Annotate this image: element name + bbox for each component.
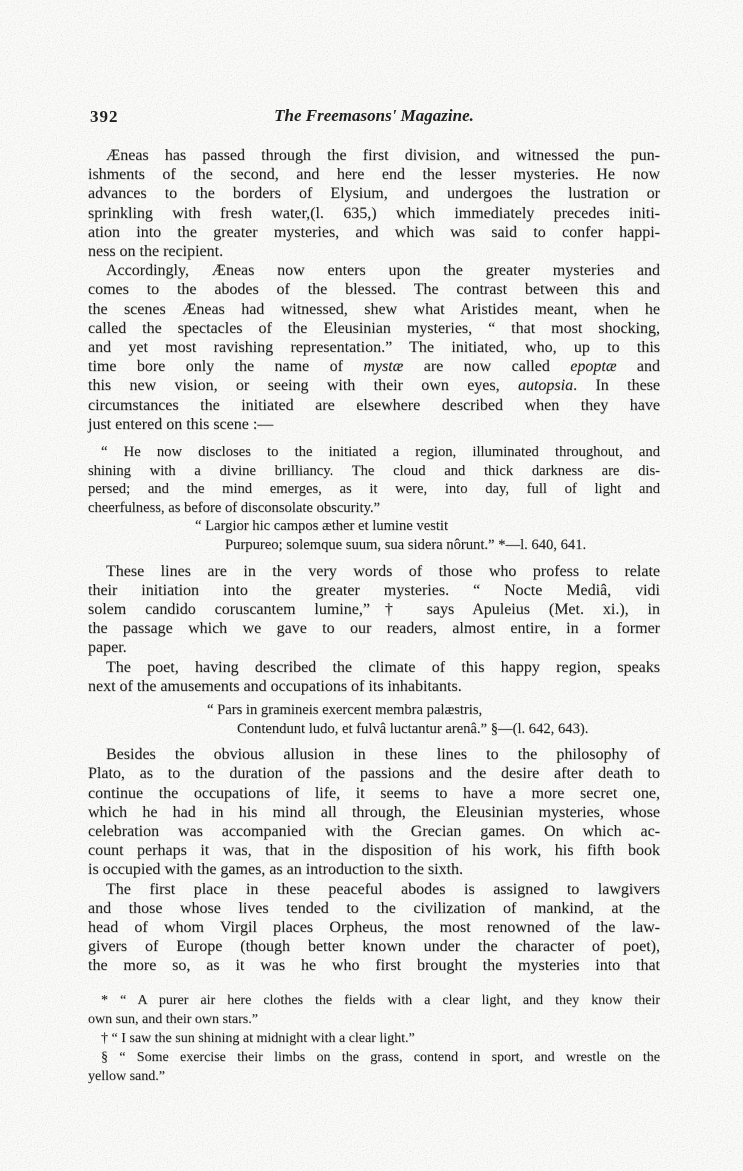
text-line: Purpureo; solemque suum, sua sidera nôru… (88, 536, 660, 555)
text-line: which he had in his mind all through, th… (88, 803, 660, 822)
text-line: The first place in these peaceful abodes… (88, 880, 660, 899)
text-run: § “ Some exercise their limbs on the gra… (101, 1050, 660, 1065)
text-run: and (616, 358, 660, 375)
text-line: ation into the greater mysteries, and wh… (88, 223, 660, 242)
text-line: ishments of the second, and here end the… (88, 165, 660, 184)
text-line: These lines are in the very words of tho… (88, 562, 660, 581)
paragraph: The poet, having described the climate o… (88, 658, 660, 696)
text-line: cheerfulness, as before of disconsolate … (88, 499, 660, 518)
text-line: head of whom Virgil places Orpheus, the … (88, 918, 660, 937)
text-run: paper. (88, 639, 127, 656)
footnote-block: * “ A purer air here clothes the fields … (88, 991, 660, 1029)
verse-block: “ Pars in gramineis exercent membra palæ… (88, 701, 660, 738)
text-line: time bore only the name of mystæ are now… (88, 357, 660, 376)
text-run: time bore only the name of (88, 358, 363, 375)
text-line: sprinkling with fresh water,(l. 635,) wh… (88, 204, 660, 223)
text-line: “ Largior hic campos æther et lumine ves… (88, 517, 660, 536)
text-run: are now called (403, 358, 570, 375)
page-number: 392 (90, 107, 119, 127)
text-line: called the spectacles of the Eleusinian … (88, 319, 660, 338)
text-run: shining with a divine brilliancy. The cl… (88, 463, 660, 479)
text-line: advances to the borders of Elysium, and … (88, 184, 660, 203)
text-run: * “ A purer air here clothes the fields … (101, 993, 660, 1008)
text-line: persed; and the mind emerges, as it were… (88, 480, 660, 499)
text-run: the scenes Æneas had witnessed, shew wha… (88, 301, 660, 318)
text-run: this new vision, or seeing with their ow… (88, 377, 518, 394)
text-run: next of the amusements and occupations o… (88, 678, 462, 695)
text-line: yellow sand.” (88, 1067, 660, 1086)
verse-block: “ Largior hic campos æther et lumine ves… (88, 517, 660, 554)
text-run: “ Pars in gramineis exercent membra palæ… (207, 702, 482, 718)
paragraph: Æneas has passed through the first divis… (88, 146, 660, 261)
text-line: comes to the abodes of the blessed. The … (88, 280, 660, 299)
paragraph: These lines are in the very words of tho… (88, 562, 660, 658)
text-run: head of whom Virgil places Orpheus, the … (88, 919, 660, 936)
text-run: continue the occupations of life, it see… (88, 785, 660, 802)
text-run: called the spectacles of the Eleusinian … (88, 320, 660, 337)
text-line: this new vision, or seeing with their ow… (88, 376, 660, 395)
text-run: advances to the borders of Elysium, and … (88, 185, 660, 202)
italic-text-run: mystæ (363, 358, 403, 375)
text-line: the more so, as it was he who first brou… (88, 956, 660, 975)
text-line: paper. (88, 638, 660, 657)
text-run: own sun, and their own stars.” (88, 1012, 258, 1027)
text-run: yellow sand.” (88, 1069, 165, 1084)
text-run: ation into the greater mysteries, and wh… (88, 224, 660, 241)
text-run: sprinkling with fresh water,(l. 635,) wh… (88, 205, 660, 222)
text-run: cheerfulness, as before of disconsolate … (88, 500, 380, 516)
text-run: These lines are in the very words of tho… (106, 563, 660, 580)
footnote-block: § “ Some exercise their limbs on the gra… (88, 1048, 660, 1086)
text-line: count perhaps it was, that in the dispos… (88, 841, 660, 860)
page-body: Æneas has passed through the first divis… (88, 146, 660, 1087)
text-run: “ Largior hic campos æther et lumine ves… (195, 518, 448, 534)
text-line: The poet, having described the climate o… (88, 658, 660, 677)
page-header: 392 The Freemasons' Magazine. (88, 106, 660, 126)
text-line: “ He now discloses to the initiated a re… (88, 443, 660, 462)
text-run: celebration was accompanied with the Gre… (88, 823, 660, 840)
text-line: “ Pars in gramineis exercent membra palæ… (88, 701, 660, 720)
text-run: is occupied with the games, as an introd… (88, 861, 463, 878)
text-run: their initiation into the greater myster… (88, 582, 660, 599)
page-title: The Freemasons' Magazine. (88, 106, 660, 126)
text-line: givers of Europe (though better known un… (88, 937, 660, 956)
text-run: which he had in his mind all through, th… (88, 804, 660, 821)
text-run: ness on the recipient. (88, 243, 223, 260)
text-run: the passage which we gave to our readers… (88, 620, 660, 637)
text-run: ishments of the second, and here end the… (88, 166, 660, 183)
text-run: Besides the obvious allusion in these li… (106, 746, 660, 763)
text-run: just entered on this scene :— (88, 416, 273, 433)
paragraph: Accordingly, Æneas now enters upon the g… (88, 261, 660, 434)
text-run: Contendunt ludo, et fulvâ luctantur aren… (237, 721, 588, 737)
text-line: Accordingly, Æneas now enters upon the g… (88, 261, 660, 280)
text-line: * “ A purer air here clothes the fields … (88, 991, 660, 1010)
text-run: Plato, as to the duration of the passion… (88, 765, 660, 782)
italic-text-run: epoptæ (570, 358, 616, 375)
text-line: continue the occupations of life, it see… (88, 784, 660, 803)
text-line: solem candido coruscantem lumine,”† says… (88, 600, 660, 619)
text-run: persed; and the mind emerges, as it were… (88, 481, 660, 497)
text-line: shining with a divine brilliancy. The cl… (88, 462, 660, 481)
text-run: Æneas has passed through the first divis… (106, 147, 660, 164)
text-run: Accordingly, Æneas now enters upon the g… (106, 262, 660, 279)
text-run: circumstances the initiated are elsewher… (88, 397, 660, 414)
text-line: Contendunt ludo, et fulvâ luctantur aren… (88, 720, 660, 739)
text-run: † “ I saw the sun shining at midnight wi… (101, 1031, 415, 1046)
text-run: The first place in these peaceful abodes… (106, 881, 660, 898)
text-run: comes to the abodes of the blessed. The … (88, 281, 660, 298)
text-line: Æneas has passed through the first divis… (88, 146, 660, 165)
footnote-block: † “ I saw the sun shining at midnight wi… (88, 1029, 660, 1048)
text-run: and yet most ravishing representation.” … (88, 339, 660, 356)
text-line: next of the amusements and occupations o… (88, 677, 660, 696)
paragraph: The first place in these peaceful abodes… (88, 880, 660, 976)
text-run: givers of Europe (though better known un… (88, 938, 660, 955)
text-line: just entered on this scene :— (88, 415, 660, 434)
paragraph: Besides the obvious allusion in these li… (88, 745, 660, 879)
text-line: † “ I saw the sun shining at midnight wi… (88, 1029, 660, 1048)
text-run: the more so, as it was he who first brou… (88, 957, 660, 974)
text-line: their initiation into the greater myster… (88, 581, 660, 600)
text-line: Besides the obvious allusion in these li… (88, 745, 660, 764)
quote-block: “ He now discloses to the initiated a re… (88, 443, 660, 517)
italic-text-run: autopsia (518, 377, 573, 394)
text-line: is occupied with the games, as an introd… (88, 860, 660, 879)
text-run: The poet, having described the climate o… (106, 659, 660, 676)
text-line: the passage which we gave to our readers… (88, 619, 660, 638)
text-line: circumstances the initiated are elsewher… (88, 396, 660, 415)
text-line: own sun, and their own stars.” (88, 1010, 660, 1029)
text-run: solem candido coruscantem lumine,”† says… (88, 601, 660, 618)
text-line: § “ Some exercise their limbs on the gra… (88, 1048, 660, 1067)
text-run: . In these (573, 377, 660, 394)
text-line: ness on the recipient. (88, 242, 660, 261)
text-line: the scenes Æneas had witnessed, shew wha… (88, 300, 660, 319)
text-run: “ He now discloses to the initiated a re… (101, 444, 660, 460)
text-run: and those whose lives tended to the civi… (88, 900, 660, 917)
text-line: and those whose lives tended to the civi… (88, 899, 660, 918)
text-line: celebration was accompanied with the Gre… (88, 822, 660, 841)
text-line: and yet most ravishing representation.” … (88, 338, 660, 357)
text-line: Plato, as to the duration of the passion… (88, 764, 660, 783)
text-run: count perhaps it was, that in the dispos… (88, 842, 660, 859)
text-run: Purpureo; solemque suum, sua sidera nôru… (225, 537, 586, 553)
